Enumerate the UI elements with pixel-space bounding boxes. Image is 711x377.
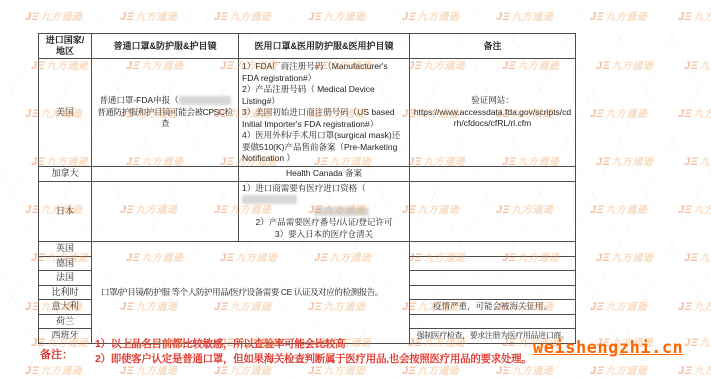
jiufang-watermark: JΞ九方通逊: [596, 57, 653, 72]
jiufang-watermark: JΞ九方通逊: [684, 249, 711, 264]
jiufang-watermark: JΞ九方通逊: [308, 8, 365, 23]
jiufang-watermark: JΞ九方通逊: [678, 201, 711, 216]
import-requirements-table: 进口国家/地区 普通口罩&防护服&护目镜 医用口罩&医用防护服&医用护目镜 备注…: [38, 33, 576, 344]
jiufang-logo-icon: JΞ: [684, 156, 698, 168]
jiufang-logo-icon: JΞ: [684, 252, 698, 264]
jiufang-watermark: JΞ九方通逊: [214, 8, 271, 23]
header-remarks: 备注: [410, 34, 576, 59]
jiufang-logo-icon: JΞ: [678, 365, 692, 377]
france-remark-cell: [410, 271, 576, 286]
canada-medical-cell: Health Canada 备案: [239, 166, 410, 181]
jiufang-logo-icon: JΞ: [214, 11, 228, 23]
jiufang-logo-icon: JΞ: [590, 11, 604, 23]
jiufang-watermark: JΞ九方通逊: [590, 105, 647, 120]
uk-country-label: 英国: [39, 242, 92, 257]
jiufang-watermark: JΞ九方通逊: [684, 57, 711, 72]
jiufang-logo-icon: JΞ: [678, 108, 692, 120]
jiufang-logo-icon: JΞ: [590, 301, 604, 313]
jiufang-watermark: JΞ九方通逊: [678, 298, 711, 313]
canada-general-cell: [92, 166, 239, 181]
jiufang-watermark: JΞ九方通逊: [496, 8, 553, 23]
jiufang-watermark: JΞ九方通逊: [120, 8, 177, 23]
france-country-label: 法国: [39, 271, 92, 286]
jiufang-logo-icon: JΞ: [596, 156, 610, 168]
belgium-remark-cell: [410, 285, 576, 300]
jiufang-logo-icon: JΞ: [590, 204, 604, 216]
jiufang-watermark: JΞ九方通逊: [590, 362, 647, 377]
jiufang-watermark: JΞ九方通逊: [590, 8, 647, 23]
jiufang-logo-icon: JΞ: [678, 301, 692, 313]
jiufang-watermark: JΞ九方通逊: [596, 153, 653, 168]
jiufang-logo-icon: JΞ: [684, 60, 698, 72]
jiufang-logo-icon: JΞ: [402, 11, 416, 23]
usa-general-cell: 普通口罩-FDA申报（ 普通防护服和护目镜可能会被CPSC检查: [92, 59, 239, 167]
jiufang-watermark: JΞ九方通逊: [402, 8, 459, 23]
header-general-masks: 普通口罩&防护服&护目镜: [92, 34, 239, 59]
usa-country-label: 美国: [39, 59, 92, 167]
table-header-row: 进口国家/地区 普通口罩&防护服&护目镜 医用口罩&医用防护服&医用护目镜 备注: [39, 34, 576, 59]
jiufang-watermark: JΞ九方通逊: [684, 334, 711, 349]
italy-remark-cell: 疫情严重，可能会被海关征用。: [410, 300, 576, 315]
japan-medical-cell: 1）进口商需要有医疗进口资格（ 2）产品需要医疗番号/认证/登记许可 3）要入日…: [239, 181, 410, 242]
usa-verification-url: https://www.accessdata.fda.gov/scripts/c…: [413, 107, 572, 130]
jiufang-logo-icon: JΞ: [25, 365, 39, 377]
footer-note-2: 2）即使客户认定是普通口罩，但如果海关检查判断属于医疗用品,也会按照医疗用品的要…: [95, 352, 532, 367]
jiufang-watermark: JΞ九方通逊: [590, 298, 647, 313]
italy-country-label: 意大利: [39, 300, 92, 315]
japan-remark-cell: [410, 181, 576, 242]
jiufang-logo-icon: JΞ: [678, 11, 692, 23]
usa-medical-item: 2）产品注册号码（ Medical Device Listing#）: [242, 84, 406, 107]
netherlands-remark-cell: [410, 314, 576, 329]
usa-remark-title: 验证网站：: [413, 95, 572, 107]
jiufang-logo-icon: JΞ: [120, 11, 134, 23]
jiufang-logo-icon: JΞ: [596, 252, 610, 264]
japan-medical-line1: 1）进口商需要有医疗进口资格（: [242, 183, 366, 193]
jiufang-watermark: JΞ九方通逊: [590, 201, 647, 216]
usa-medical-cell: 1）FDA厂商注册号码（Manufacturer's FDA registrat…: [239, 59, 410, 167]
europe-shared-requirement-cell: 口罩/护目镜/防护服 等个人防护用品/医疗设备需要 CE 认证及对应的检测报告。: [92, 242, 410, 344]
jiufang-logo-icon: JΞ: [596, 60, 610, 72]
usa-medical-item: 1）FDA厂商注册号码（Manufacturer's FDA registrat…: [242, 61, 406, 84]
usa-medical-item: 3）美国初始进口商注册号码（US based Initial Importer'…: [242, 107, 406, 130]
redacted-blur: [242, 195, 297, 204]
jiufang-watermark: JΞ九方通逊: [678, 105, 711, 120]
table-row-uk: 英国 口罩/护目镜/防护服 等个人防护用品/医疗设备需要 CE 认证及对应的检测…: [39, 242, 576, 257]
jiufang-logo-icon: JΞ: [678, 204, 692, 216]
jiufang-logo-icon: JΞ: [590, 108, 604, 120]
germany-country-label: 德国: [39, 256, 92, 271]
footer-notes: 1）以上品名目前都比较敏感，所以查验率可能会比较高 2）即使客户认定是普通口罩，…: [95, 337, 532, 367]
germany-remark-cell: [410, 256, 576, 271]
japan-general-cell: [92, 181, 239, 242]
table-row-canada: 加拿大 Health Canada 备案: [39, 166, 576, 181]
jiufang-watermark: JΞ九方通逊: [678, 362, 711, 377]
usa-remark-cell: 验证网站： https://www.accessdata.fda.gov/scr…: [410, 59, 576, 167]
usa-general-line2: 普通防护服和护目镜可能会被CPSC检查: [95, 107, 235, 130]
japan-country-label: 日本: [39, 181, 92, 242]
redacted-blur: [314, 207, 369, 216]
document-page: 进口国家/地区 普通口罩&防护服&护目镜 医用口罩&医用防护服&医用护目镜 备注…: [0, 0, 711, 377]
usa-general-line1: 普通口罩-FDA申报（: [99, 95, 178, 105]
japan-medical-line3: 3）要入日本的医疗仓清关: [242, 229, 406, 241]
footer-notes-label: 备注：: [40, 346, 73, 362]
redacted-blur: [179, 96, 231, 105]
usa-medical-item: 4）医用外科/手术用口罩(surgical mask)还要做510(K)产品售前…: [242, 130, 406, 165]
table-row-japan: 日本 1）进口商需要有医疗进口资格（ 2）产品需要医疗番号/认证/登记许可 3）…: [39, 181, 576, 242]
jiufang-watermark: JΞ九方通逊: [684, 153, 711, 168]
footer-note-1: 1）以上品名目前都比较敏感，所以查验率可能会比较高: [95, 337, 532, 352]
weishengzhi-watermark: weishengzhi.cn: [533, 338, 683, 358]
jiufang-logo-icon: JΞ: [590, 365, 604, 377]
belgium-country-label: 比利时: [39, 285, 92, 300]
jiufang-watermark: JΞ九方通逊: [596, 249, 653, 264]
canada-country-label: 加拿大: [39, 166, 92, 181]
table-row-usa: 美国 普通口罩-FDA申报（ 普通防护服和护目镜可能会被CPSC检查 1）FDA…: [39, 59, 576, 167]
jiufang-logo-icon: JΞ: [25, 11, 39, 23]
jiufang-logo-icon: JΞ: [496, 11, 510, 23]
jiufang-watermark: JΞ九方通逊: [25, 362, 82, 377]
uk-remark-cell: [410, 242, 576, 257]
header-medical-masks: 医用口罩&医用防护服&医用护目镜: [239, 34, 410, 59]
jiufang-watermark: JΞ九方通逊: [678, 8, 711, 23]
japan-medical-line2: 2）产品需要医疗番号/认证/登记许可: [242, 217, 406, 229]
netherlands-country-label: 荷兰: [39, 314, 92, 329]
canada-remark-cell: [410, 166, 576, 181]
jiufang-watermark: JΞ九方通逊: [25, 8, 82, 23]
spain-country-label: 西班牙: [39, 329, 92, 344]
jiufang-logo-icon: JΞ: [684, 337, 698, 349]
jiufang-logo-icon: JΞ: [308, 11, 322, 23]
header-country: 进口国家/地区: [39, 34, 92, 59]
